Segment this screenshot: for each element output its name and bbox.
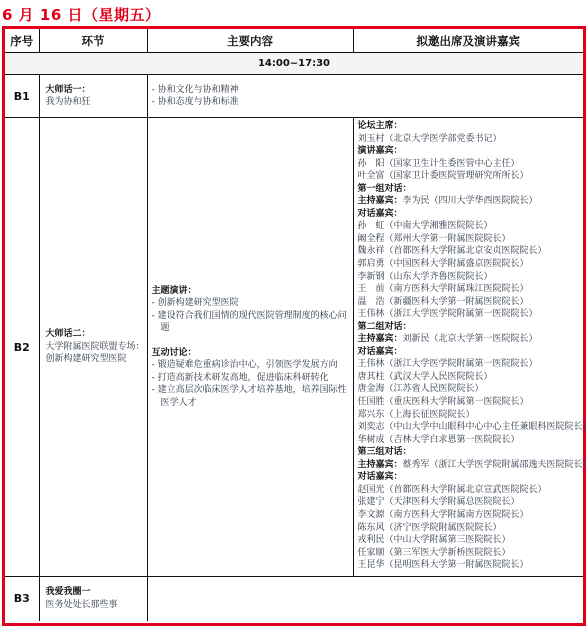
header-content: 主要内容 xyxy=(147,29,353,53)
group-heading: 第二组对话： xyxy=(358,321,584,334)
guest: 郑兴东（上海长征医院院长） xyxy=(358,409,584,422)
host: 刘新民（北京大学第一医院院长） xyxy=(403,334,538,344)
guest: 刘玉村（北京大学医学部党委书记） xyxy=(358,133,584,146)
guest: 王昆华（昆明医科大学第一附属医院院长） xyxy=(358,559,584,572)
content-item: - 协和文化与协和精神 xyxy=(152,84,580,97)
header-guests: 拟邀出席及演讲嘉宾 xyxy=(353,29,583,53)
discussion-heading: 互动讨论： xyxy=(152,347,349,360)
guest: 李文源（南方医科大学附属南方医院院长） xyxy=(358,509,584,522)
host-label: 主持嘉宾： xyxy=(358,196,403,206)
host-line: 主持嘉宾：蔡秀军（浙江大学医学院附属邵逸夫医院院长） xyxy=(358,459,584,472)
host: 李为民（四川大学华西医院院长） xyxy=(403,196,538,206)
content-item: - 打造高新技术研发高地，促进临床科研转化 xyxy=(152,372,349,385)
guest: 孙 阳（国家卫生计生委医管中心主任） xyxy=(358,158,584,171)
content-item: - 锻造疑难危重病诊治中心，引领医学发展方向 xyxy=(152,359,349,372)
guest: 叶全富（国家卫计委医院管理研究所所长） xyxy=(358,170,584,183)
segment-cell: 大师话一： 我为协和狂 xyxy=(39,75,147,118)
table-row-b3: B3 我爱我圈一 医务处处长那些事 xyxy=(5,577,583,621)
segment-title: 我爱我圈一 xyxy=(46,586,147,599)
header-seq: 序号 xyxy=(5,29,39,53)
host-line: 主持嘉宾：李为民（四川大学华西医院院长） xyxy=(358,195,584,208)
guest: 温 浩（新疆医科大学第一附属医院院长） xyxy=(358,296,584,309)
content-item: - 创新构建研究型医院 xyxy=(152,297,349,310)
group-heading: 第一组对话： xyxy=(358,183,584,196)
header-segment: 环节 xyxy=(39,29,147,53)
guest: 任国胜（重庆医科大学附属第一医院院长） xyxy=(358,396,584,409)
segment-cell: 我爱我圈一 医务处处长那些事 xyxy=(39,577,147,621)
guest: 赵国光（首都医科大学附属北京宣武医院院长） xyxy=(358,484,584,497)
guests-cell: 论坛主席： 刘玉村（北京大学医学部党委书记） 演讲嘉宾： 孙 阳（国家卫生计生委… xyxy=(353,118,583,577)
segment-subtitle: 医务处处长那些事 xyxy=(46,599,147,612)
guest: 戎利民（中山大学附属第三医院院长） xyxy=(358,534,584,547)
speakers-heading: 演讲嘉宾： xyxy=(358,145,584,158)
row-id: B2 xyxy=(5,118,39,577)
chair-heading: 论坛主席： xyxy=(358,120,584,133)
guest: 王 前（南方医科大学附属珠江医院院长） xyxy=(358,283,584,296)
panel-heading: 对话嘉宾： xyxy=(358,471,584,484)
row-id: B1 xyxy=(5,75,39,118)
panel-heading: 对话嘉宾： xyxy=(358,208,584,221)
segment-subtitle: 大学附属医院联盟专场：创新构建研究型医院 xyxy=(46,341,147,366)
segment-title: 大师话一： xyxy=(46,84,147,97)
time-range: 14:00~17:30 xyxy=(5,53,583,75)
guest: 唐金海（江苏省人民医院院长） xyxy=(358,383,584,396)
guest: 唐其柱（武汉大学人民医院院长） xyxy=(358,371,584,384)
guest: 王伟林（浙江大学医学院附属第一医院院长） xyxy=(358,358,584,371)
host: 蔡秀军（浙江大学医学院附属邵逸夫医院院长） xyxy=(403,460,586,470)
host-label: 主持嘉宾： xyxy=(358,334,403,344)
guest: 王伟林（浙江大学医学院附属第一医院院长） xyxy=(358,308,584,321)
content-cell-empty xyxy=(147,577,583,621)
content-item: - 建设符合我们国情的现代医院管理制度的核心问题 xyxy=(152,310,349,335)
header-row: 序号 环节 主要内容 拟邀出席及演讲嘉宾 xyxy=(5,29,583,53)
guest: 郭启勇（中国医科大学附属盛京医院院长） xyxy=(358,258,584,271)
content-cell: - 协和文化与协和精神 - 协和态度与协和标准 xyxy=(147,75,583,118)
content-item: - 协和态度与协和标准 xyxy=(152,96,580,109)
guest: 孙 虹（中南大学湘雅医院院长） xyxy=(358,220,584,233)
group-heading: 第三组对话： xyxy=(358,446,584,459)
schedule-table: 序号 环节 主要内容 拟邀出席及演讲嘉宾 14:00~17:30 B1 大师话一… xyxy=(5,29,583,621)
content-item: - 建立高层次临床医学人才培养基地，培养国际性医学人才 xyxy=(152,384,349,409)
panel-heading: 对话嘉宾： xyxy=(358,346,584,359)
spacer xyxy=(152,335,349,347)
table-row-b2: B2 大师话二： 大学附属医院联盟专场：创新构建研究型医院 主题演讲： - 创新… xyxy=(5,118,583,577)
guest: 李新钢（山东大学齐鲁医院院长） xyxy=(358,271,584,284)
host-label: 主持嘉宾： xyxy=(358,460,403,470)
content-cell: 主题演讲： - 创新构建研究型医院 - 建设符合我们国情的现代医院管理制度的核心… xyxy=(147,118,353,577)
date-title: 6 月 16 日（星期五） xyxy=(2,4,160,25)
row-id: B3 xyxy=(5,577,39,621)
guest: 魏永祥（首都医科大学附属北京安贞医院院长） xyxy=(358,245,584,258)
segment-subtitle: 我为协和狂 xyxy=(46,96,147,109)
time-row: 14:00~17:30 xyxy=(5,53,583,75)
guest: 陈东风（济宁医学院附属医院院长） xyxy=(358,522,584,535)
segment-title: 大师话二： xyxy=(46,328,147,341)
guest: 刘奕志（中山大学中山眼科中心中心主任兼眼科医院院长） xyxy=(358,421,584,434)
guest: 华树成（吉林大学白求恩第一医院院长） xyxy=(358,434,584,447)
host-line: 主持嘉宾：刘新民（北京大学第一医院院长） xyxy=(358,333,584,346)
guest: 阚全程（郑州大学第一附属医院院长） xyxy=(358,233,584,246)
guest: 任家顺（第三军医大学新桥医院院长） xyxy=(358,547,584,560)
table-row-b1: B1 大师话一： 我为协和狂 - 协和文化与协和精神 - 协和态度与协和标准 xyxy=(5,75,583,118)
schedule-table-frame: 序号 环节 主要内容 拟邀出席及演讲嘉宾 14:00~17:30 B1 大师话一… xyxy=(2,26,586,626)
guest: 张建宁（天津医科大学附属总医院院长） xyxy=(358,496,584,509)
keynote-heading: 主题演讲： xyxy=(152,285,349,298)
segment-cell: 大师话二： 大学附属医院联盟专场：创新构建研究型医院 xyxy=(39,118,147,577)
